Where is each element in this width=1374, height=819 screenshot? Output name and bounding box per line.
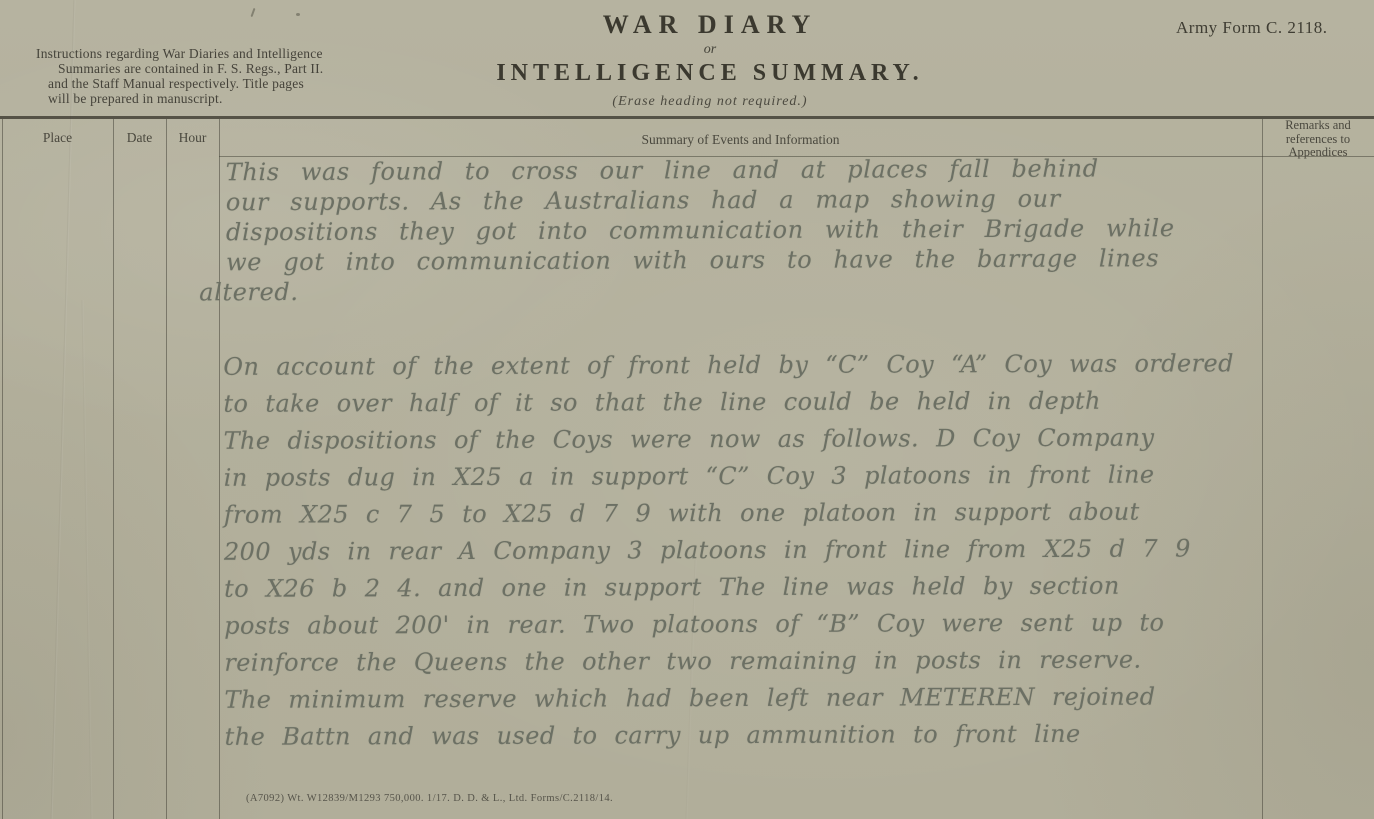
instructions-line: and the Staff Manual respectively. Title… [36,76,366,91]
remarks-header-line: references to [1262,133,1374,147]
handwritten-line: to take over half of it so that the line… [223,386,1259,427]
column-rule-summary-remarks [1262,119,1263,819]
handwritten-line: altered. [199,274,1260,309]
handwritten-line: The dispositions of the Coys were now as… [224,423,1260,464]
table-top-rule [0,116,1374,119]
remarks-header-line: Appendices [1262,146,1374,160]
war-diary-page: Instructions regarding War Diaries and I… [0,0,1374,819]
handwritten-line: reinforce the Queens the other two remai… [224,645,1260,686]
handwritten-line: our supports. As the Australians had a m… [226,184,1260,219]
handwritten-line: we got into communication with ours to h… [226,244,1260,279]
army-form-number: Army Form C. 2118. [1176,18,1327,38]
column-header-date: Date [113,130,166,146]
column-header-remarks: Remarks and references to Appendices [1262,119,1374,160]
form-title: WAR DIARY [430,10,990,40]
handwritten-line: This was found to cross our line and at … [226,154,1260,189]
instructions-line: will be prepared in manuscript. [36,91,366,106]
diary-entry-paragraph-2: On account of the extent of front held b… [223,349,1260,760]
form-title-note: (Erase heading not required.) [430,94,990,110]
handwritten-line: dispositions they got into communication… [226,214,1260,249]
column-rule-place-date [113,119,114,819]
remarks-header-line: Remarks and [1262,119,1374,133]
table-left-rule [2,119,3,819]
diary-entry-paragraph-1: This was found to cross our line and at … [226,154,1261,309]
form-title-block: WAR DIARY or INTELLIGENCE SUMMARY. (Eras… [430,10,990,110]
handwritten-line: the Battn and was used to carry up ammun… [225,719,1261,760]
handwritten-line: from X25 c 7 5 to X25 d 7 9 with one pla… [224,497,1260,538]
form-subtitle: INTELLIGENCE SUMMARY. [430,60,990,87]
instructions-line: Summaries are contained in F. S. Regs., … [36,61,366,76]
handwritten-line: in posts dug in X25 a in support “C” Coy… [224,460,1260,501]
paper-crease [51,0,76,819]
column-header-place: Place [2,130,113,146]
printer-imprint: (A7092) Wt. W12839/M1293 750,000. 1/17. … [246,793,613,804]
stray-pencil-mark [251,8,256,17]
instructions-note: Instructions regarding War Diaries and I… [36,46,366,106]
handwritten-line: to X26 b 2 4. and one in support The lin… [224,571,1260,612]
handwritten-line: posts about 200' in rear. Two platoons o… [224,608,1260,649]
form-title-or: or [430,42,990,58]
paper-crease [81,300,92,819]
handwritten-line: The minimum reserve which had been left … [224,682,1260,723]
column-rule-date-hour [166,119,167,819]
instructions-line: Instructions regarding War Diaries and I… [36,46,366,61]
stray-pencil-mark [296,13,300,16]
column-header-hour: Hour [166,130,219,146]
handwritten-line: On account of the extent of front held b… [223,349,1259,390]
column-header-summary: Summary of Events and Information [219,132,1262,148]
handwritten-line: 200 yds in rear A Company 3 platoons in … [224,534,1260,575]
column-rule-hour-summary [219,119,220,819]
